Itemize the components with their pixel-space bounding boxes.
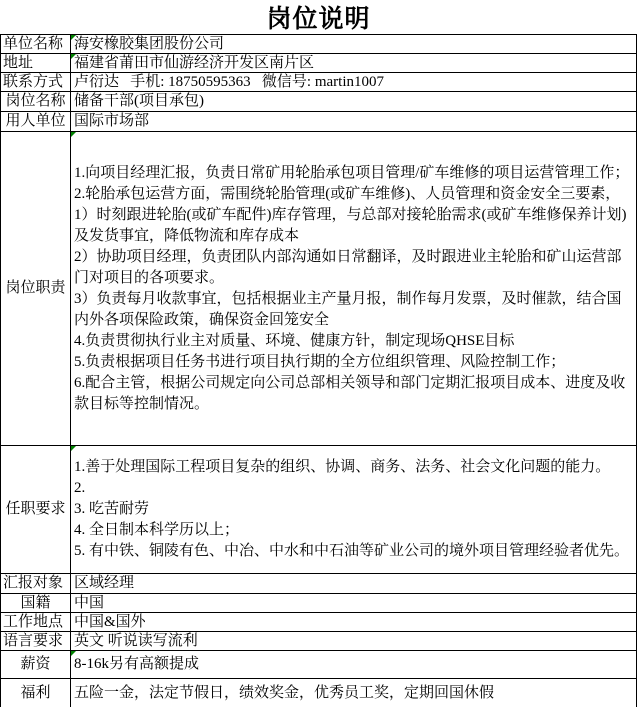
table-row-company-name: 单位名称 海安橡胶集团股份公司 [1,35,636,54]
cell-text: 1.善于处理国际工程项目复杂的组织、协调、商务、法务、社会文化问题的能力。 2.… [74,457,629,562]
comment-marker-icon [71,446,76,451]
row-value-company-name[interactable]: 海安橡胶集团股份公司 [71,35,636,53]
cell-text: 卢衍达 手机: 18750595363 微信号: martin1007 [74,73,384,91]
cell-text: 1.向项目经理汇报，负责日常矿用轮胎承包项目管理/矿车维修的项目运营管理工作； … [74,163,636,415]
row-value-hiring-department[interactable]: 国际市场部 [71,112,636,131]
cell-text: 五险一金，法定节假日，绩效奖金，优秀员工奖，定期回国休假 [74,684,494,703]
comment-marker-icon [71,132,76,137]
table-row-report-to: 汇报对象 区域经理 [1,574,636,594]
table-row-position-name: 岗位名称 储备干部(项目承包) [1,92,636,112]
table-row-job-requirements: 任职要求 1.善于处理国际工程项目复杂的组织、协调、商务、法务、社会文化问题的能… [1,446,636,574]
cell-text: 中国 [74,594,104,612]
table-row-address: 地址 福建省莆田市仙游经济开发区南片区 [1,54,636,73]
cell-text: 英文 听说读写流利 [74,632,198,650]
row-value-report-to[interactable]: 区域经理 [71,574,636,593]
cell-text: 储备干部(项目承包) [74,92,204,111]
row-label-benefits[interactable]: 福利 [1,679,71,707]
row-label-contact[interactable]: 联系方式 [1,73,71,91]
row-value-job-requirements[interactable]: 1.善于处理国际工程项目复杂的组织、协调、商务、法务、社会文化问题的能力。 2.… [71,446,636,573]
row-value-benefits[interactable]: 五险一金，法定节假日，绩效奖金，优秀员工奖，定期回国休假 [71,679,636,707]
row-label-job-duties[interactable]: 岗位职责 [1,132,71,445]
comment-marker-icon [71,54,76,59]
row-label-job-requirements[interactable]: 任职要求 [1,446,71,573]
cell-text: 区域经理 [74,574,134,593]
table-row-job-duties: 岗位职责 1.向项目经理汇报，负责日常矿用轮胎承包项目管理/矿车维修的项目运营管… [1,132,636,446]
row-label-language-requirement[interactable]: 语言要求 [1,632,71,650]
row-value-salary[interactable]: 8-16k另有高额提成 [71,651,636,678]
cell-text: 海安橡胶集团股份公司 [74,35,224,53]
row-label-nationality[interactable]: 国籍 [1,594,71,612]
table-row-salary: 薪资 8-16k另有高额提成 [1,651,636,679]
row-label-address[interactable]: 地址 [1,54,71,72]
table-row-hiring-department: 用人单位 国际市场部 [1,112,636,132]
row-value-job-duties[interactable]: 1.向项目经理汇报，负责日常矿用轮胎承包项目管理/矿车维修的项目运营管理工作； … [71,132,636,445]
table-row-work-location: 工作地点 中国&国外 [1,613,636,632]
row-value-work-location[interactable]: 中国&国外 [71,613,636,631]
comment-marker-icon [71,35,76,40]
cell-text: 中国&国外 [74,613,146,631]
row-label-hiring-department[interactable]: 用人单位 [1,112,71,131]
row-label-work-location[interactable]: 工作地点 [1,613,71,631]
row-label-company-name[interactable]: 单位名称 [1,35,71,53]
row-value-contact[interactable]: 卢衍达 手机: 18750595363 微信号: martin1007 [71,73,636,91]
table-row-benefits: 福利 五险一金，法定节假日，绩效奖金，优秀员工奖，定期回国休假 [1,679,636,707]
job-description-table: 单位名称 海安橡胶集团股份公司 地址 福建省莆田市仙游经济开发区南片区 联系方式… [0,34,637,707]
comment-marker-icon [71,651,76,656]
row-value-position-name[interactable]: 储备干部(项目承包) [71,92,636,111]
page-title: 岗位说明 [0,0,637,34]
row-value-address[interactable]: 福建省莆田市仙游经济开发区南片区 [71,54,636,72]
row-label-report-to[interactable]: 汇报对象 [1,574,71,593]
cell-text: 福建省莆田市仙游经济开发区南片区 [74,54,314,72]
job-description-page: 岗位说明 单位名称 海安橡胶集团股份公司 地址 福建省莆田市仙游经济开发区南片区… [0,0,637,707]
row-label-position-name[interactable]: 岗位名称 [1,92,71,111]
table-row-contact: 联系方式 卢衍达 手机: 18750595363 微信号: martin1007 [1,73,636,92]
row-value-language-requirement[interactable]: 英文 听说读写流利 [71,632,636,650]
row-label-salary[interactable]: 薪资 [1,651,71,678]
table-row-language-requirement: 语言要求 英文 听说读写流利 [1,632,636,651]
table-row-nationality: 国籍 中国 [1,594,636,613]
row-value-nationality[interactable]: 中国 [71,594,636,612]
cell-text: 8-16k另有高额提成 [74,655,199,674]
cell-text: 国际市场部 [74,112,149,131]
